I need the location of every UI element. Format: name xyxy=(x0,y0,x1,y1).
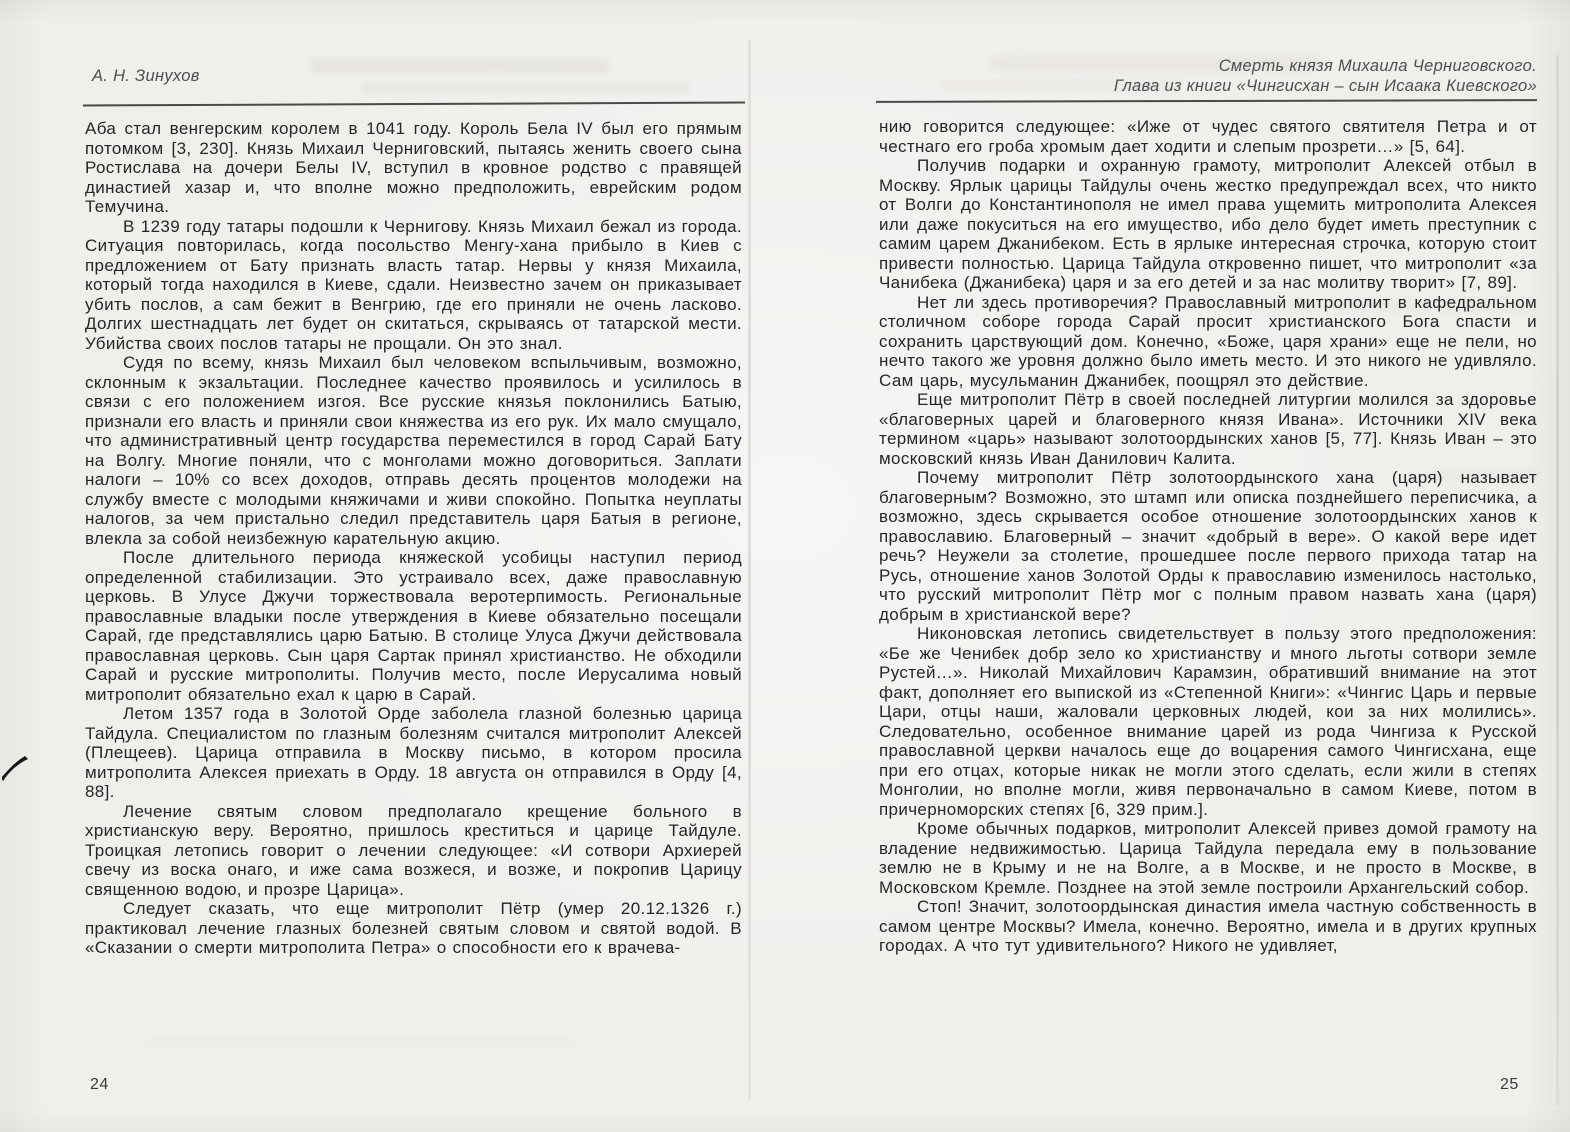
paragraph: Кроме обычных подарков, митрополит Алекс… xyxy=(879,819,1537,897)
ink-mark xyxy=(2,756,32,784)
paragraph: Нет ли здесь противоречия? Православный … xyxy=(879,293,1537,391)
paragraph: нию говорится следующее: «Иже от чудес с… xyxy=(879,117,1537,156)
paragraph: Почему митрополит Пётр золотоордынского … xyxy=(879,468,1537,624)
right-page-body: нию говорится следующее: «Иже от чудес с… xyxy=(879,117,1537,956)
paragraph: После длительного периода княжеской усоб… xyxy=(85,548,742,704)
left-page-body: Аба стал венгерским королем в 1041 году.… xyxy=(85,119,742,958)
right-page: Смерть князя Михаила Черниговского. Глав… xyxy=(879,56,1537,96)
paragraph: Никоновская летопись свидетельствует в п… xyxy=(879,624,1537,819)
paragraph: В 1239 году татары подошли к Чернигову. … xyxy=(85,217,742,354)
paragraph: Стоп! Значит, золотоордынская династия и… xyxy=(879,897,1537,956)
paragraph: Летом 1357 года в Золотой Орде заболела … xyxy=(85,704,742,802)
left-page-edge-shadow xyxy=(748,40,751,1100)
paragraph: Получив подарки и охранную грамоту, митр… xyxy=(879,156,1537,293)
left-page: А. Н. Зинухов xyxy=(85,66,742,86)
paragraph: Следует сказать, что еще митрополит Пётр… xyxy=(85,899,742,958)
page-number: 25 xyxy=(1500,1076,1519,1094)
paragraph: Еще митрополит Пётр в своей последней ли… xyxy=(879,390,1537,468)
page-number: 24 xyxy=(90,1076,109,1094)
right-page-edge-shadow xyxy=(1556,55,1559,1105)
scan-noise xyxy=(150,1035,570,1047)
running-header-title-line2: Глава из книги «Чингисхан – сын Исаака К… xyxy=(879,76,1537,96)
paragraph: Лечение святым словом предполагало креще… xyxy=(85,802,742,900)
running-header-title-line1: Смерть князя Михаила Черниговского. xyxy=(879,56,1537,76)
paragraph: Судя по всему, князь Михаил был человеко… xyxy=(85,353,742,548)
paragraph: Аба стал венгерским королем в 1041 году.… xyxy=(85,119,742,217)
running-header-author: А. Н. Зинухов xyxy=(85,66,742,86)
